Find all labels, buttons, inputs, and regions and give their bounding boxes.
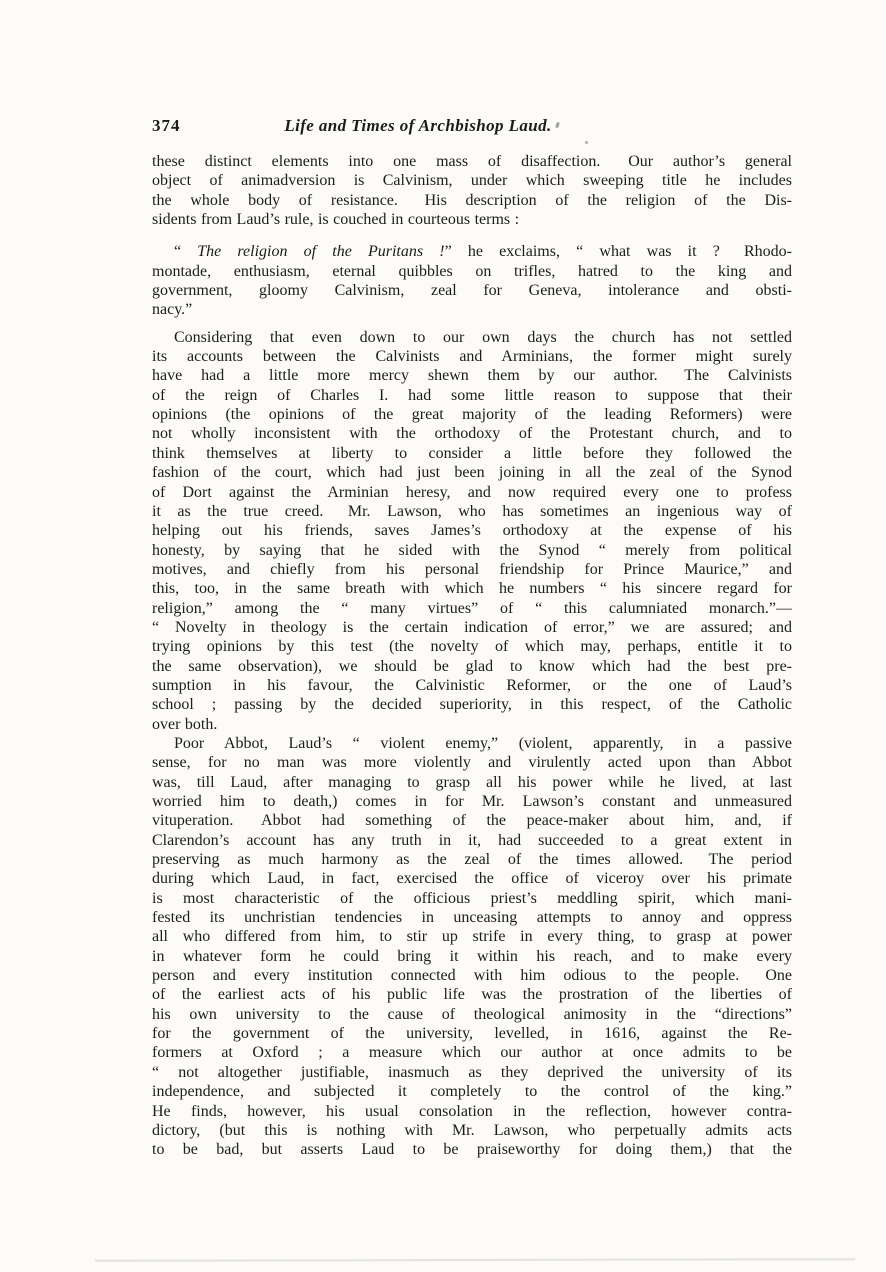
text-line: He finds, however, his usual consolation… [152,1102,792,1121]
text-line: sense, for no man was more violently and… [152,753,792,772]
text-line: the whole body of resistance. His descri… [152,191,792,210]
text-line: dictory, (but this is nothing with Mr. L… [152,1121,792,1140]
text-line: the same observation), we should be glad… [152,657,792,676]
text-line: its accounts between the Calvinists and … [152,347,792,366]
text-line: formers at Oxford ; a measure which our … [152,1043,792,1062]
text-line: his own university to the cause of theol… [152,1005,792,1024]
text-line: fested its unchristian tendencies in unc… [152,908,792,927]
text-line: nacy.” [152,300,792,319]
text-line: fashion of the court, which had just bee… [152,463,792,482]
text-line: “ Novelty in theology is the certain ind… [152,618,792,637]
paragraph: Poor Abbot, Laud’s “ violent enemy,” (vi… [152,734,792,1160]
text-line: Clarendon’s account has any truth in it,… [152,831,792,850]
text-line: not wholly inconsistent with the orthodo… [152,424,792,443]
text-line: have had a little more mercy shewn them … [152,366,792,385]
text-line: person and every institution connected w… [152,966,792,985]
text-line: it as the true creed. Mr. Lawson, who ha… [152,502,792,521]
paragraph: Considering that even down to our own da… [152,328,792,734]
text-line: think themselves at liberty to consider … [152,444,792,463]
text-line: was, till Laud, after managing to grasp … [152,773,792,792]
text-line: worried him to death,) comes in for Mr. … [152,792,792,811]
scan-artifact-line [95,1258,855,1262]
text-line: Considering that even down to our own da… [152,328,792,347]
text-line: to be bad, but asserts Laud to be praise… [152,1140,792,1159]
text-line: trying opinions by this test (the novelt… [152,637,792,656]
text-line: is most characteristic of the officious … [152,889,792,908]
text-line: opinions (the opinions of the great majo… [152,405,792,424]
text-line: in whatever form he could bring it withi… [152,947,792,966]
text-line: this, too, in the same breath with which… [152,579,792,598]
scan-speck [585,141,588,144]
text-line: over both. [152,715,792,734]
text-line: school ; passing by the decided superior… [152,695,792,714]
text-line: of Dort against the Arminian heresy, and… [152,483,792,502]
text-line: government, gloomy Calvinism, zeal for G… [152,281,792,300]
text-line: montade, enthusiasm, eternal quibbles on… [152,262,792,281]
text-line: these distinct elements into one mass of… [152,152,792,171]
text-line: all who differed from him, to stir up st… [152,927,792,946]
text-line: sumption in his favour, the Calvinistic … [152,676,792,695]
text-line: “ not altogether justifiable, inasmuch a… [152,1063,792,1082]
running-title: Life and Times of Archbishop Laud. [98,116,738,136]
text-line: object of animadversion is Calvinism, un… [152,171,792,190]
text-line: “ The religion of the Puritans !” he exc… [152,242,792,261]
text-line: helping out his friends, saves James’s o… [152,521,792,540]
quote-paragraph: “ The religion of the Puritans !” he exc… [152,242,792,319]
text-line: religion,” among the “ many virtues” of … [152,599,792,618]
text-line: vituperation. Abbot had something of the… [152,811,792,830]
text-line: preserving as much harmony as the zeal o… [152,850,792,869]
text-line: of the reign of Charles I. had some litt… [152,386,792,405]
text-line: motives, and chiefly from his personal f… [152,560,792,579]
paragraph: these distinct elements into one mass of… [152,152,792,229]
text-line: during which Laud, in fact, exercised th… [152,869,792,888]
text-line: sidents from Laud’s rule, is couched in … [152,210,792,229]
text-line: Poor Abbot, Laud’s “ violent enemy,” (vi… [152,734,792,753]
page-header: 374 Life and Times of Archbishop Laud. [152,116,792,138]
text-line: independence, and subjected it completel… [152,1082,792,1101]
text-line: for the government of the university, le… [152,1024,792,1043]
text-line: honesty, by saying that he sided with th… [152,541,792,560]
page-body: these distinct elements into one mass of… [152,152,792,1160]
text-line: of the earliest acts of his public life … [152,985,792,1004]
scanned-book-page: 374 Life and Times of Archbishop Laud. t… [0,0,886,1272]
